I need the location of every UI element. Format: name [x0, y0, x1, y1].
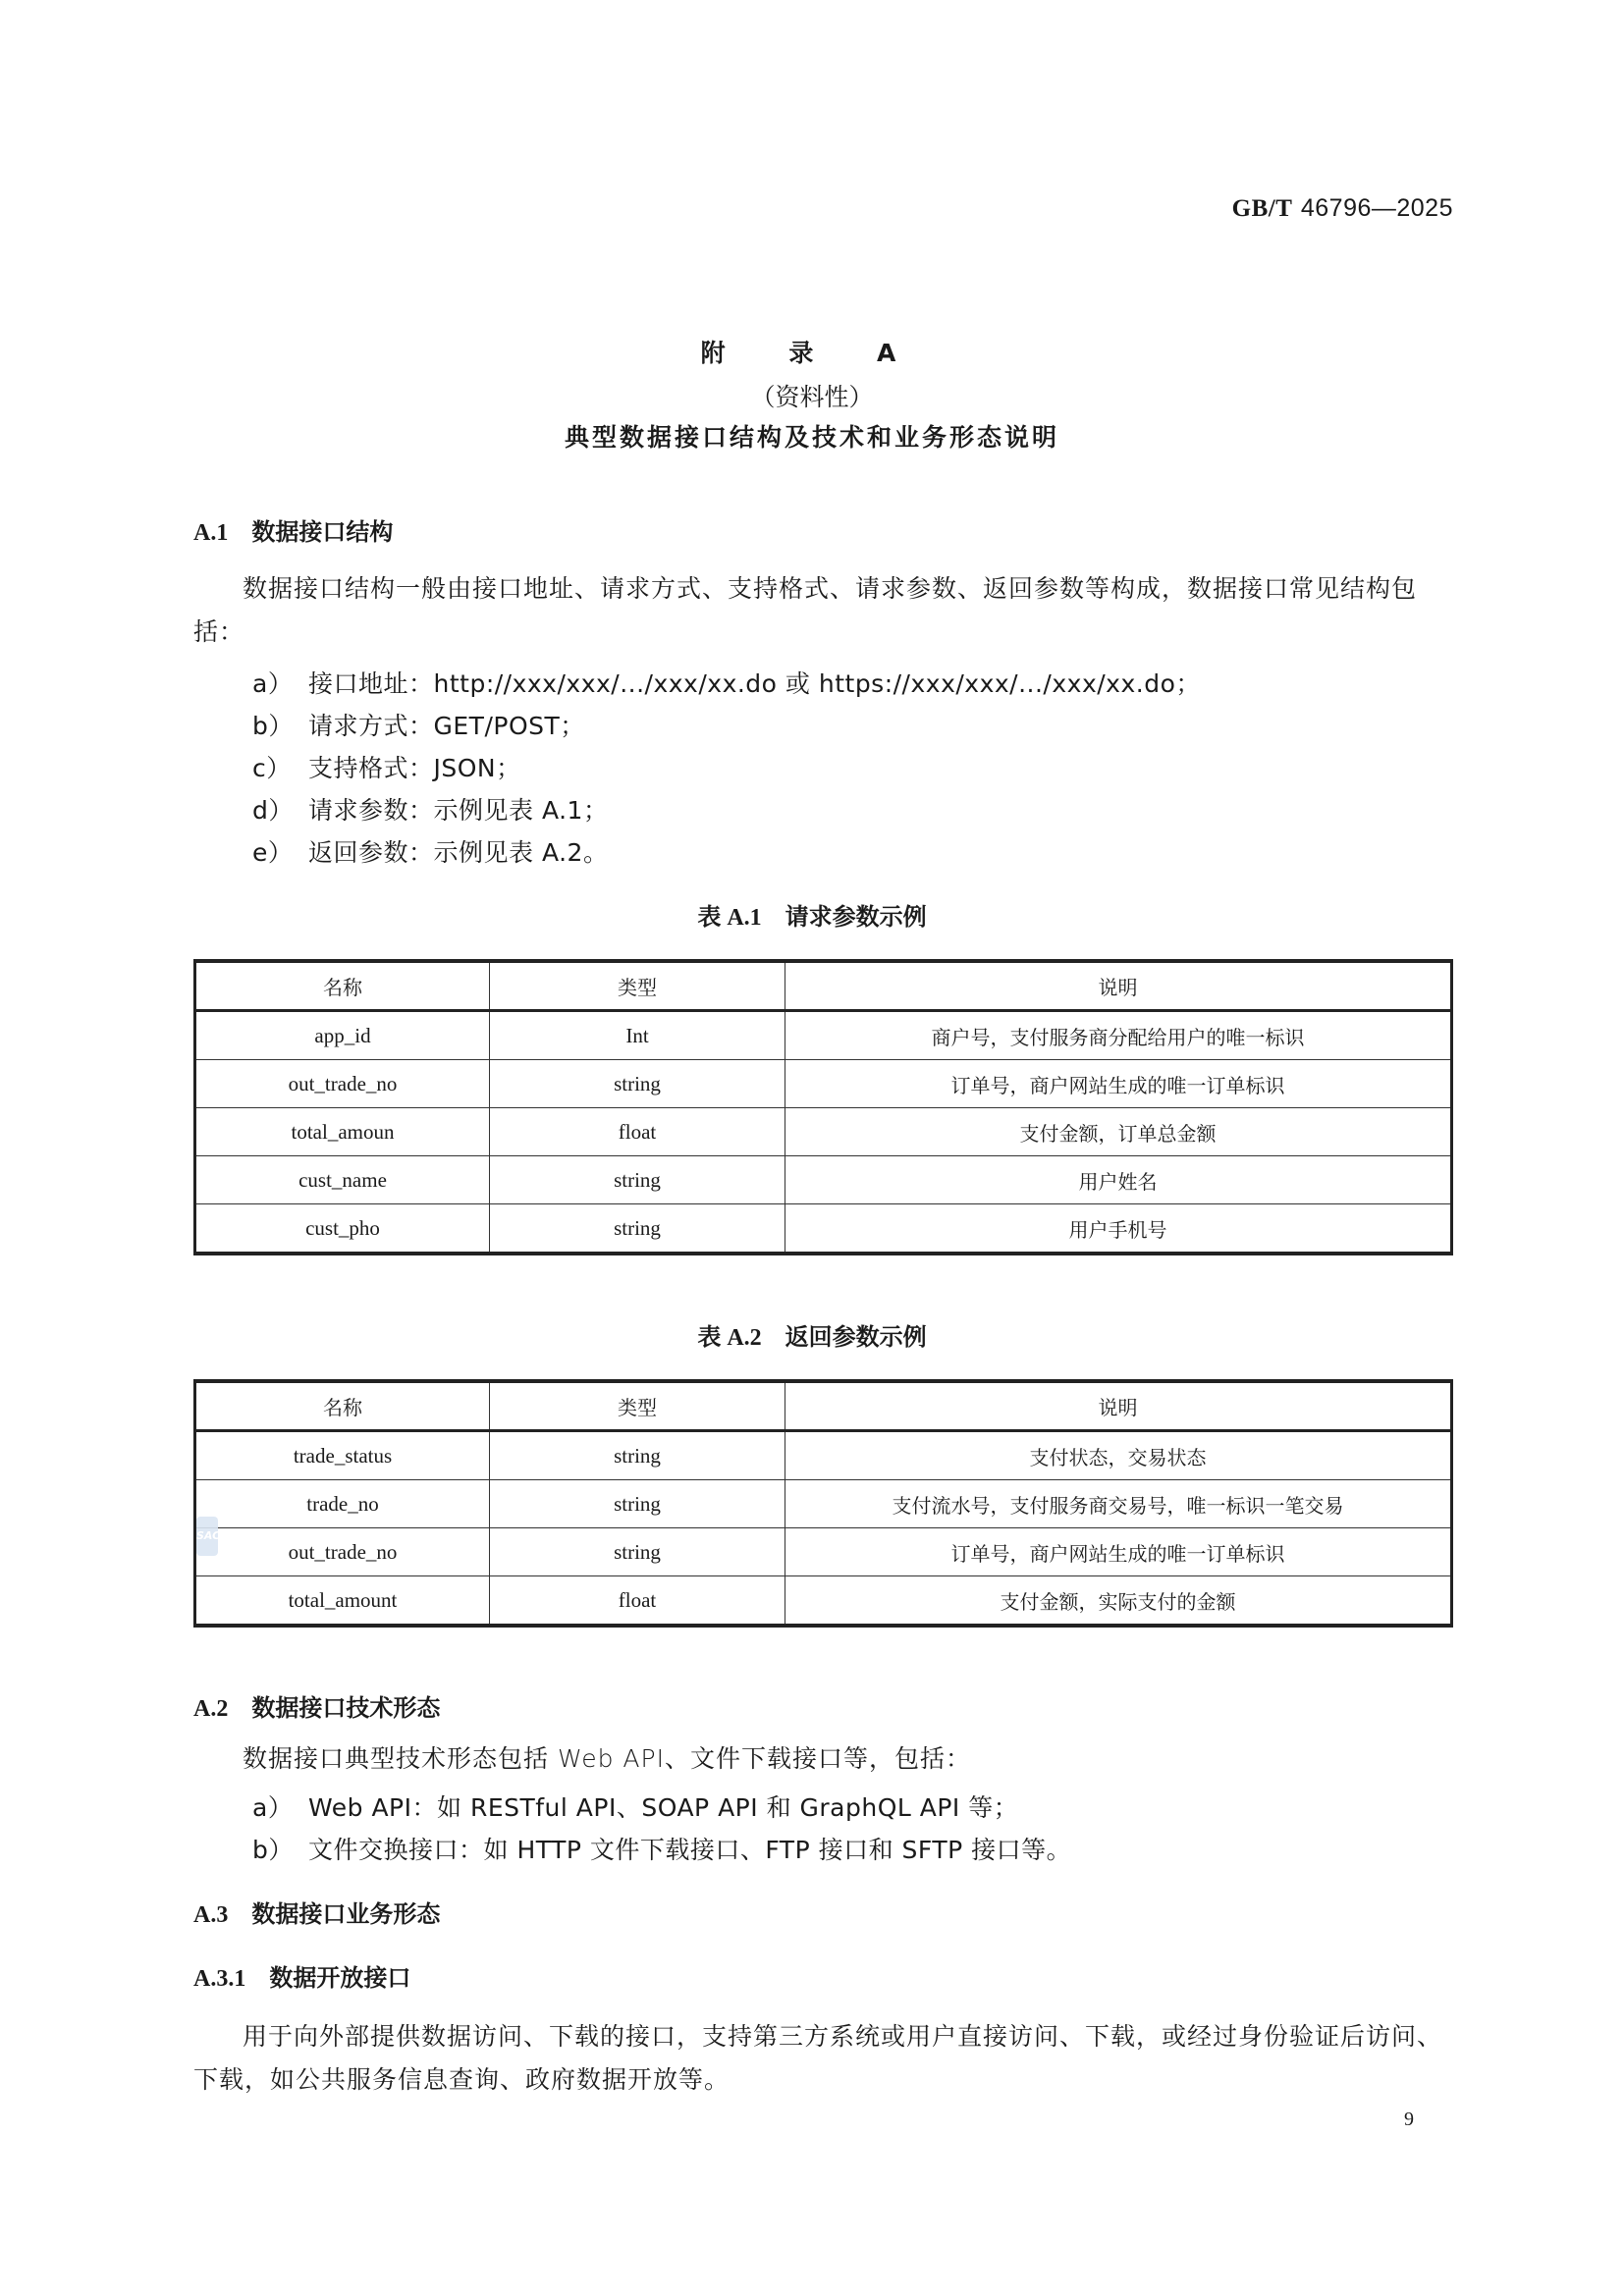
column-header-description: 说明	[785, 1381, 1452, 1431]
list-item: d）请求参数：示例见表 A.1；	[252, 791, 608, 827]
table-row: total_amoun float 支付金额，订单总金额	[195, 1108, 1452, 1156]
table-request-params: 名称 类型 说明 app_id Int 商户号，支付服务商分配给用户的唯一标识 …	[193, 959, 1453, 1255]
table-row: app_id Int 商户号，支付服务商分配给用户的唯一标识	[195, 1011, 1452, 1060]
column-header-name: 名称	[195, 1381, 490, 1431]
column-header-description: 说明	[785, 961, 1452, 1011]
standard-code: 46796—2025	[1301, 194, 1453, 222]
column-header-type: 类型	[490, 961, 785, 1011]
table-row: total_amount float 支付金额，实际支付的金额	[195, 1576, 1452, 1627]
table-row: cust_name string 用户姓名	[195, 1156, 1452, 1204]
list-item: a）Web API：如 RESTful API、SOAP API 和 Graph…	[252, 1789, 1018, 1824]
section-heading-a2: A.2数据接口技术形态	[193, 1688, 440, 1723]
table-row: cust_pho string 用户手机号	[195, 1204, 1452, 1255]
list-item: a）接口地址：http://xxx/xxx/.../xxx/xx.do 或 ht…	[252, 665, 1201, 700]
standard-number: GB/T 46796—2025	[1232, 193, 1453, 223]
list-item: b）文件交换接口：如 HTTP 文件下载接口、FTP 接口和 SFTP 接口等。	[252, 1831, 1071, 1866]
annex-name: 典型数据接口结构及技术和业务形态说明	[0, 418, 1624, 454]
column-header-type: 类型	[490, 1381, 785, 1431]
table-row: trade_status string 支付状态，交易状态	[195, 1431, 1452, 1480]
section-a31-body: 用于向外部提供数据访问、下载的接口，支持第三方系统或用户直接访问、下载，或经过身…	[193, 2015, 1455, 2102]
table-response-params: 名称 类型 说明 trade_status string 支付状态，交易状态 t…	[193, 1379, 1453, 1628]
annex-nature: （资料性）	[0, 378, 1624, 413]
list-item: e）返回参数：示例见表 A.2。	[252, 833, 608, 869]
section-heading-a1: A.1数据接口结构	[193, 512, 393, 547]
section-heading-a3: A.3数据接口业务形态	[193, 1895, 440, 1929]
list-item: b）请求方式：GET/POST；	[252, 707, 585, 742]
section-title: 数据接口结构	[251, 518, 393, 546]
page-number: 9	[1404, 2109, 1414, 2131]
table-a2-caption: 表 A.2返回参数示例	[0, 1317, 1624, 1352]
sac-watermark-logo: SAC	[196, 1517, 218, 1556]
section-a1-intro: 数据接口结构一般由接口地址、请求方式、支持格式、请求参数、返回参数等构成，数据接…	[193, 567, 1455, 654]
table-row: out_trade_no string 订单号，商户网站生成的唯一订单标识	[195, 1528, 1452, 1576]
section-number: A.1	[193, 520, 228, 546]
standard-prefix: GB/T	[1232, 195, 1293, 222]
section-a2-intro: 数据接口典型技术形态包括 Web API、文件下载接口等，包括：	[193, 1737, 1455, 1781]
section-heading-a31: A.3.1数据开放接口	[193, 1958, 410, 1993]
column-header-name: 名称	[195, 961, 490, 1011]
table-row: trade_no string 支付流水号，支付服务商交易号，唯一标识一笔交易	[195, 1480, 1452, 1528]
table-a1-caption: 表 A.1请求参数示例	[0, 897, 1624, 932]
list-item: c）支持格式：JSON；	[252, 749, 521, 784]
annex-title: 附 录 A	[0, 334, 1624, 369]
table-header-row: 名称 类型 说明	[195, 1381, 1452, 1431]
table-header-row: 名称 类型 说明	[195, 961, 1452, 1011]
table-row: out_trade_no string 订单号，商户网站生成的唯一订单标识	[195, 1060, 1452, 1108]
